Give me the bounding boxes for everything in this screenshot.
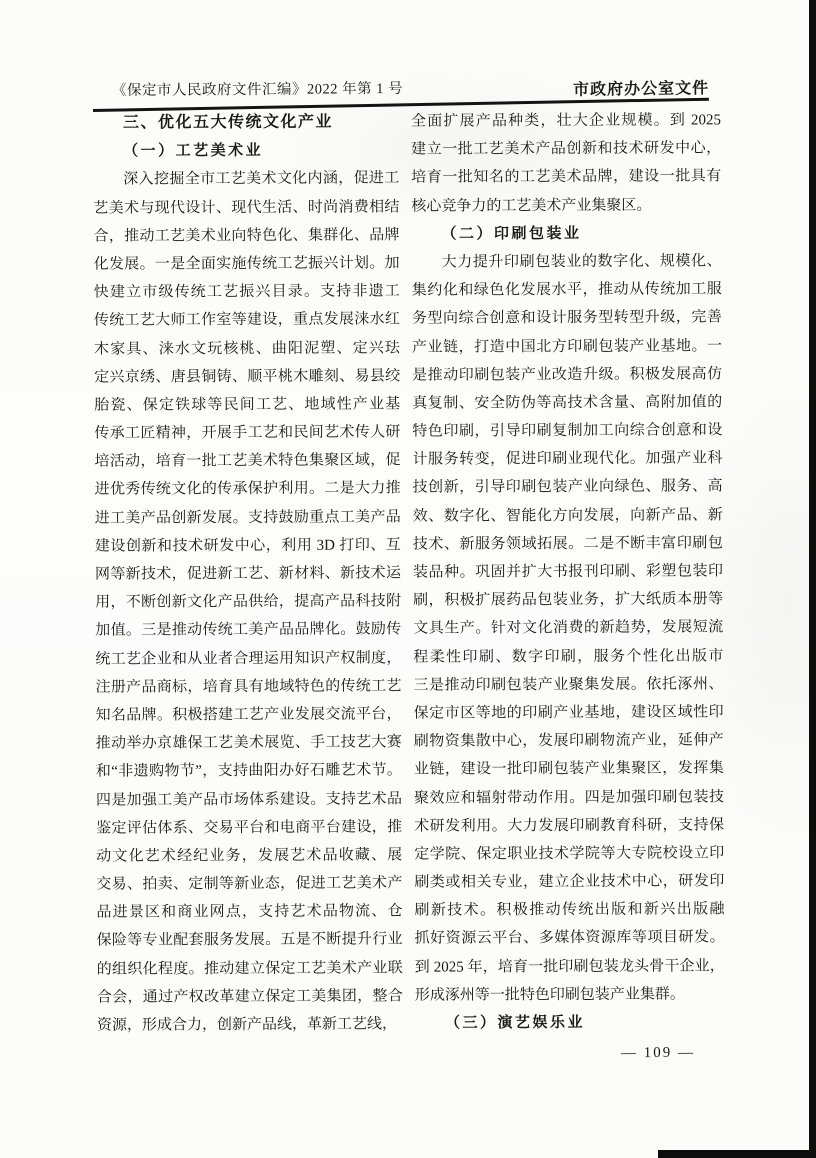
text-line: 大力提升印刷包装业的数字化、规模化、 xyxy=(412,247,722,277)
text-line: 形成涿州等一批特色印刷包装产业集群。 xyxy=(415,980,725,1010)
header-compilation-title: 《保定市人民政府文件汇编》2022 年第 1 号 xyxy=(112,77,403,100)
text-line: 刷新技术。积极推动传统出版和新兴出版融合， xyxy=(414,896,724,926)
text-line: 程柔性印刷、数字印刷，服务个性化出版市场。 xyxy=(413,642,723,672)
text-line: （二）印刷包装业 xyxy=(411,219,721,249)
text-line: 文具生产。针对文化消费的新趋势，发展短流 xyxy=(413,614,723,644)
text-line: 技创新，引导印刷包装产业向绿色、服务、高 xyxy=(413,473,723,503)
text-line: 动文化艺术经纪业务，发展艺术品收藏、展示、 xyxy=(96,841,402,871)
text-line: 集约化和绿色化发展水平，推动从传统加工服 xyxy=(412,275,722,305)
text-line: 培育一批知名的工艺美术品牌，建设一批具有 xyxy=(411,163,721,193)
text-line: 胎瓷、保定铁球等民间工艺、地域性产业基地， xyxy=(94,390,400,420)
text-column-right: 全面扩展产品种类，壮大企业规模。到 2025 年，建立一批工艺美术产品创新和技术… xyxy=(411,106,725,1038)
text-line: （三）演艺娱乐业 xyxy=(415,1008,725,1038)
text-line: 注册产品商标，培育具有地域特色的传统工艺 xyxy=(95,672,401,702)
text-line: 业链，建设一批印刷包装产业集聚区，发挥集 xyxy=(414,755,724,785)
text-line: 培活动，培育一批工艺美术特色集聚区域，促 xyxy=(94,447,400,477)
text-line: 保险等专业配套服务发展。五是不断提升行业 xyxy=(97,926,403,956)
text-line: 合会，通过产权改革建立保定工美集团，整合 xyxy=(97,982,403,1012)
text-line: 传统工艺大师工作室等建设，重点发展涞水红 xyxy=(94,306,400,336)
text-line: 传承工匠精神，开展手工艺和民间艺术传人研 xyxy=(94,418,400,448)
text-line: 木家具、涞水文玩核桃、曲阳泥塑、定兴珐琅、 xyxy=(94,334,400,364)
text-line: 鉴定评估体系、交易平台和电商平台建设，推 xyxy=(96,813,402,843)
text-line: 建立一批工艺美术产品创新和技术研发中心， xyxy=(411,135,721,165)
header-document-category: 市政府办公室文件 xyxy=(573,75,709,100)
text-line: 进优秀传统文化的传承保护利用。二是大力推 xyxy=(95,475,401,505)
text-line: 合，推动工艺美术业向特色化、集群化、品牌 xyxy=(93,221,399,251)
text-column-left: 三、优化五大传统文化产业（一）工艺美术业深入挖掘全市工艺美术文化内涵，促进工艺美… xyxy=(93,108,403,1040)
text-line: 产业链，打造中国北方印刷包装产业基地。一 xyxy=(412,332,722,362)
text-line: 效、数字化、智能化方向发展，向新产品、新 xyxy=(413,501,723,531)
text-line: 推动举办京雄保工艺美术展览、手工技艺大赛 xyxy=(96,728,402,758)
text-line: 术研发利用。大力发展印刷教育科研，支持保 xyxy=(414,811,724,841)
text-line: 装品种。巩固并扩大书报刊印刷、彩塑包装印 xyxy=(413,557,723,587)
text-line: 网等新技术，促进新工艺、新材料、新技术运 xyxy=(95,559,401,589)
text-line: （一）工艺美术业 xyxy=(93,137,399,167)
text-line: 资源，形成合力，创新产品线，革新工艺线， xyxy=(97,1010,403,1040)
text-line: 进工美产品创新发展。支持鼓励重点工美产品 xyxy=(95,503,401,533)
text-line: 艺美术与现代设计、现代生活、时尚消费相结 xyxy=(93,193,399,223)
scanned-document-page: { "header": { "left": "《保定市人民政府文件汇编》2022… xyxy=(0,0,816,1158)
text-line: 三、优化五大传统文化产业 xyxy=(93,108,399,138)
text-line: 交易、拍卖、定制等新业态，促进工艺美术产 xyxy=(96,869,402,899)
text-line: 技术、新服务领域拓展。二是不断丰富印刷包 xyxy=(413,529,723,559)
text-line: 快建立市级传统工艺振兴目录。支持非遗工坊、 xyxy=(94,277,400,307)
page-number: — 109 — xyxy=(621,1045,695,1062)
scan-edge-right xyxy=(809,0,816,1158)
text-line: 刷物资集散中心，发展印刷物流产业，延伸产 xyxy=(414,726,724,756)
text-line: 和“非遗购物节”，支持曲阳办好石雕艺术节。 xyxy=(96,757,402,787)
text-line: 保定市区等地的印刷产业基地，建设区域性印 xyxy=(414,698,724,728)
text-line: 的组织化程度。推动建立保定工艺美术产业联 xyxy=(97,954,403,984)
text-line: 刷类或相关专业，建立企业技术中心，研发印 xyxy=(414,867,724,897)
text-line: 用，不断创新文化产品供给，提高产品科技附 xyxy=(95,588,401,618)
text-line: 统工艺企业和从业者合理运用知识产权制度， xyxy=(95,644,401,674)
text-line: 品进景区和商业网点，支持艺术品物流、仓储、 xyxy=(96,898,402,928)
text-line: 特色印刷，引导印刷复制加工向综合创意和设 xyxy=(412,416,722,446)
text-line: 计服务转变，促进印刷业现代化。加强产业科 xyxy=(412,445,722,475)
text-line: 四是加强工美产品市场体系建设。支持艺术品 xyxy=(96,785,402,815)
text-line: 全面扩展产品种类，壮大企业规模。到 2025 年， xyxy=(411,106,721,136)
page: 《保定市人民政府文件汇编》2022 年第 1 号 市政府办公室文件 三、优化五大… xyxy=(0,0,816,1158)
text-line: 加值。三是推动传统工美产品品牌化。鼓励传 xyxy=(95,616,401,646)
text-line: 建设创新和技术研发中心，利用 3D 打印、互联 xyxy=(95,531,401,561)
text-line: 抓好资源云平台、多媒体资源库等项目研发。 xyxy=(415,924,725,954)
text-line: 聚效应和辐射带动作用。四是加强印刷包装技 xyxy=(414,783,724,813)
text-line: 务型向综合创意和设计服务型转型升级，完善 xyxy=(412,304,722,334)
scan-edge-bottom xyxy=(658,1150,816,1158)
text-line: 定学院、保定职业技术学院等大专院校设立印 xyxy=(414,839,724,869)
text-line: 三是推动印刷包装产业聚集发展。依托涿州、 xyxy=(413,670,723,700)
text-line: 是推动印刷包装产业改造升级。积极发展高仿 xyxy=(412,360,722,390)
text-line: 刷，积极扩展药品包装业务，扩大纸质本册等 xyxy=(413,586,723,616)
text-line: 知名品牌。积极搭建工艺产业发展交流平台， xyxy=(96,700,402,730)
text-line: 真复制、安全防伪等高技术含量、高附加值的 xyxy=(412,388,722,418)
text-line: 核心竞争力的工艺美术产业集聚区。 xyxy=(411,191,721,221)
text-line: 到 2025 年，培育一批印刷包装龙头骨干企业， xyxy=(415,952,725,982)
text-line: 深入挖掘全市工艺美术文化内涵，促进工 xyxy=(93,165,399,195)
text-line: 定兴京绣、唐县铜铸、顺平桃木雕刻、易县绞 xyxy=(94,362,400,392)
text-line: 化发展。一是全面实施传统工艺振兴计划。加 xyxy=(94,249,400,279)
